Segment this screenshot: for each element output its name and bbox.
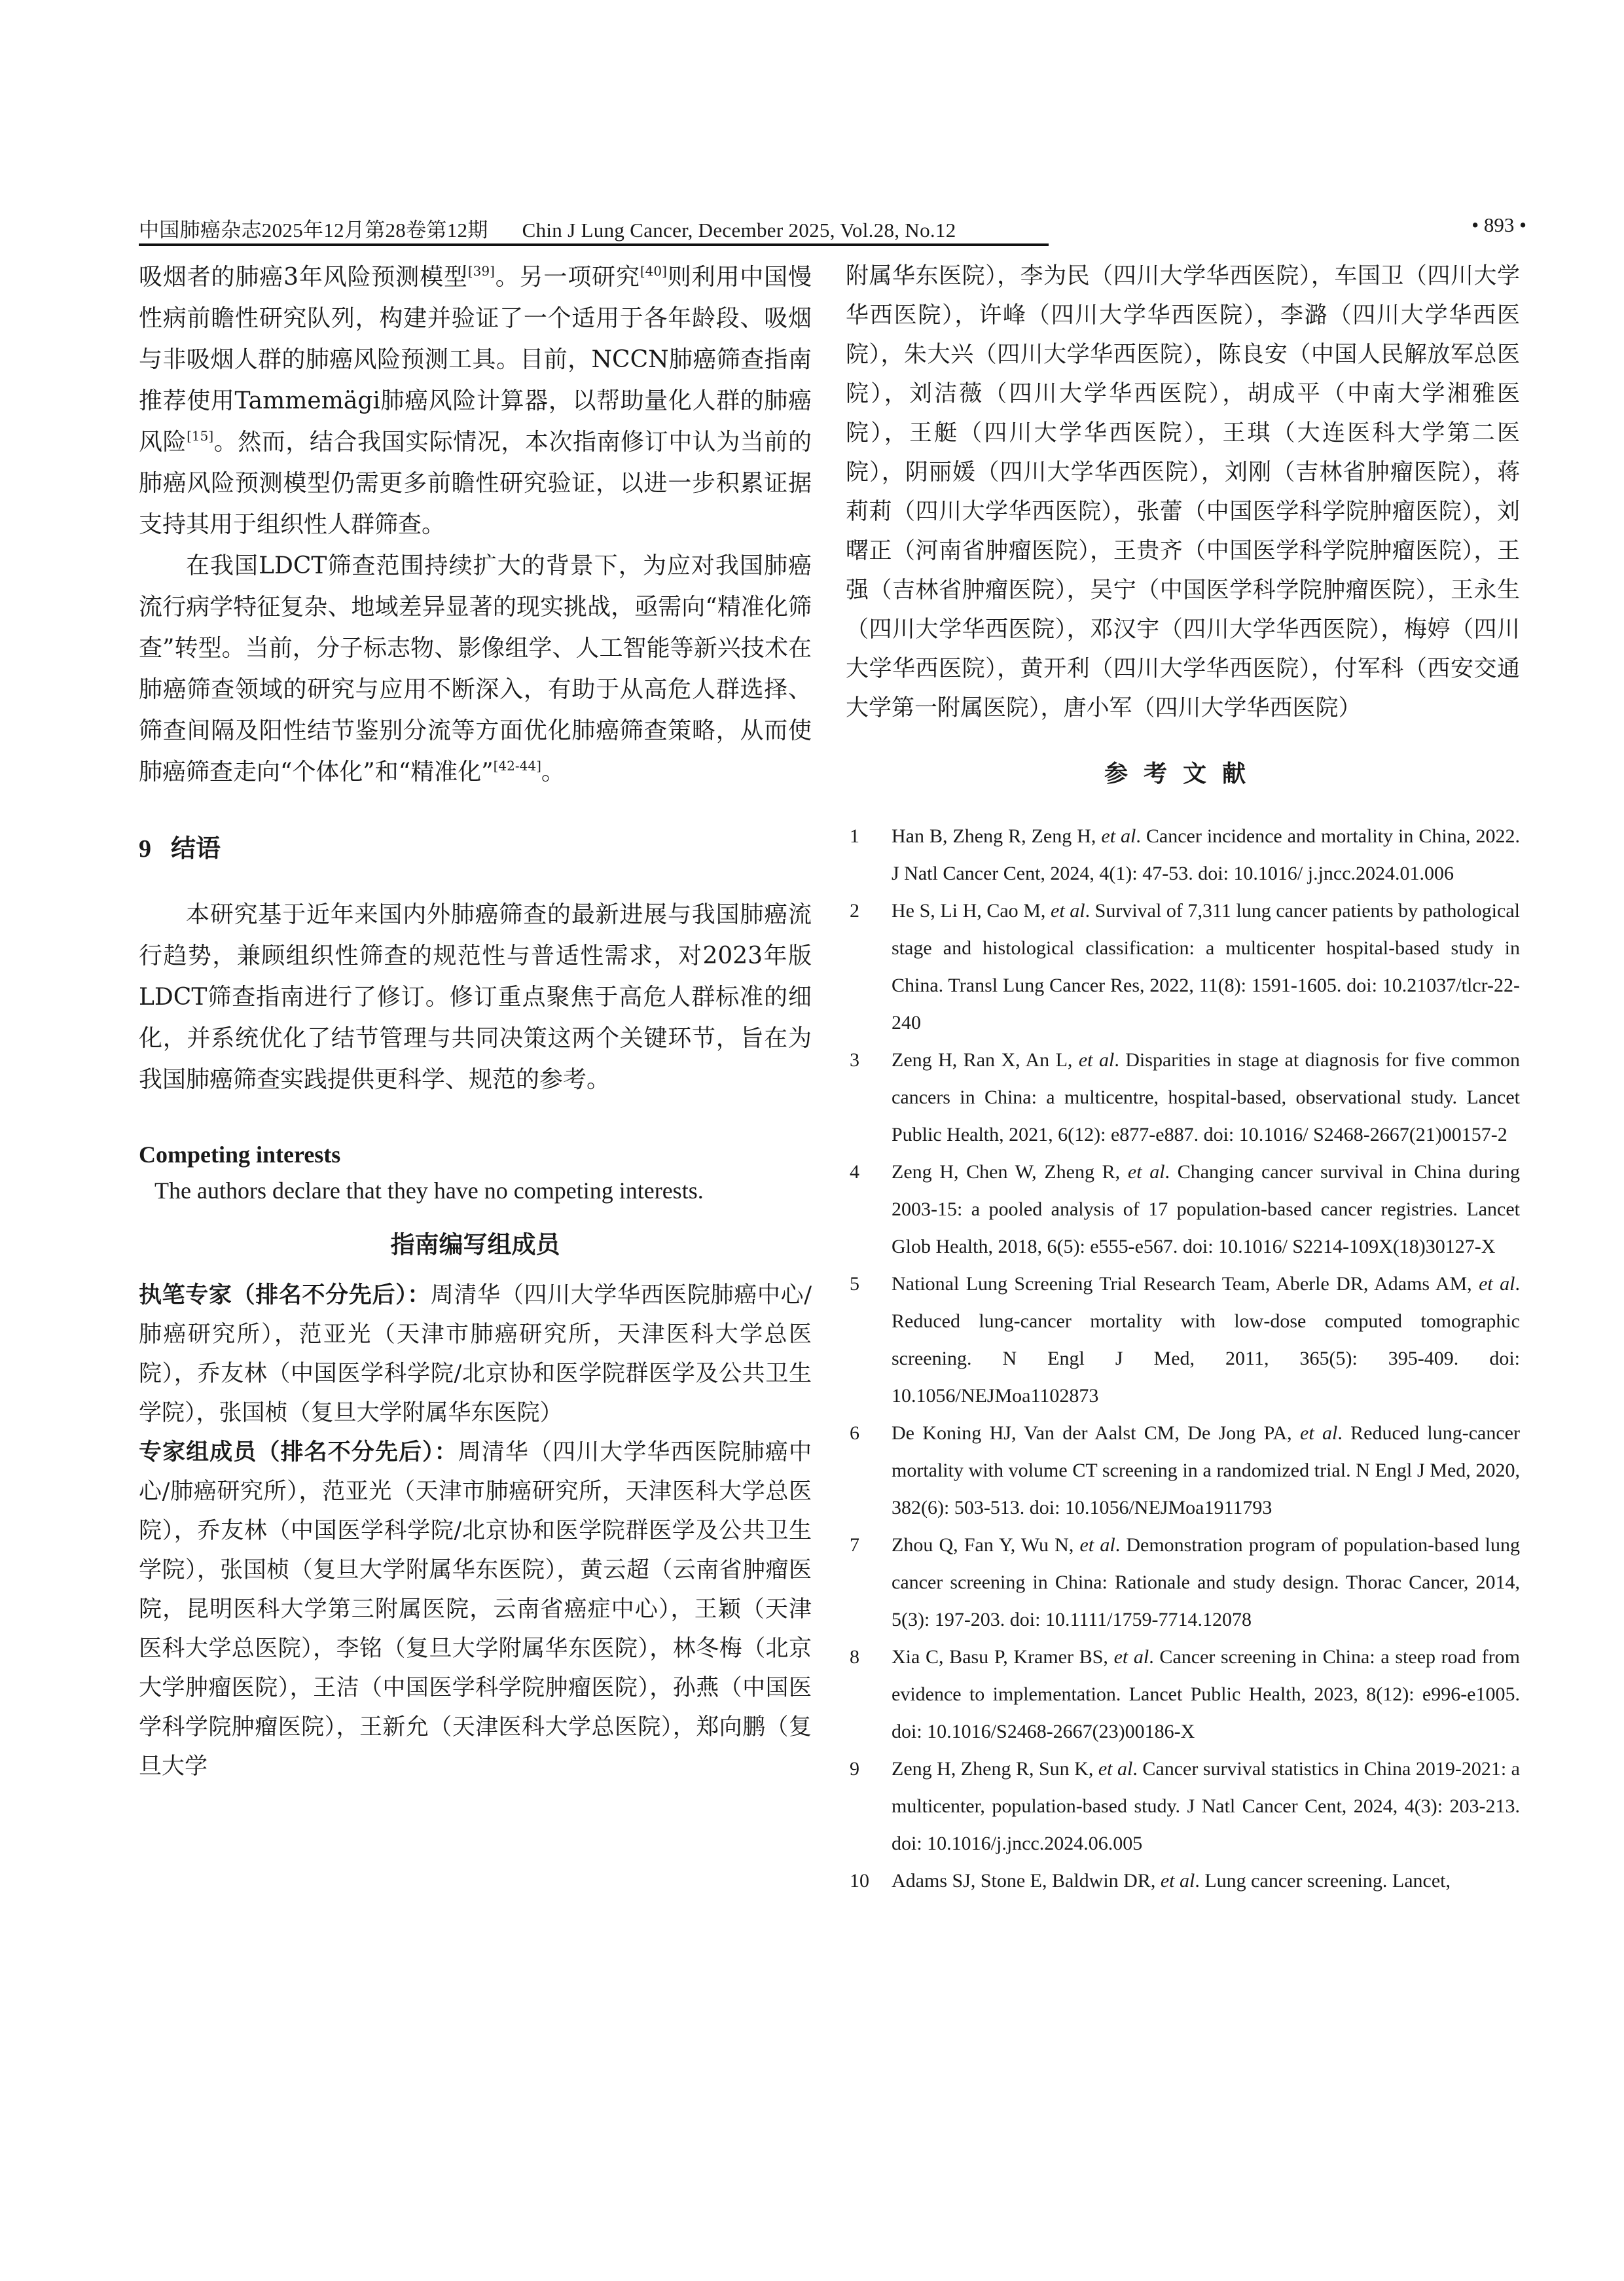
guideline-group-heading: 指南编写组成员: [139, 1225, 812, 1260]
citation[interactable]: [39]: [468, 263, 495, 279]
reference-number: 3: [850, 1041, 859, 1079]
reference-item: 2He S, Li H, Cao M, et al. Survival of 7…: [846, 892, 1520, 1041]
journal-citation: 中国肺癌杂志2025年12月第28卷第12期Chin J Lung Cancer…: [139, 213, 956, 243]
body-paragraph-precision-screening: 在我国LDCT筛查范围持续扩大的背景下，为应对我国肺癌流行病学特征复杂、地域差异…: [139, 545, 812, 793]
reference-item: 10Adams SJ, Stone E, Baldwin DR, et al. …: [846, 1862, 1520, 1899]
reference-number: 7: [850, 1526, 859, 1564]
section-heading-conclusion: 9结语: [139, 828, 812, 864]
right-column: 附属华东医院），李为民（四川大学华西医院），车国卫（四川大学华西医院），许峰（四…: [846, 257, 1520, 1899]
reference-item: 1Han B, Zheng R, Zeng H, et al. Cancer i…: [846, 817, 1520, 892]
header-rule: [139, 243, 1049, 246]
competing-interests-heading: Competing interests: [139, 1141, 812, 1168]
expert-group-list-continued: 附属华东医院），李为民（四川大学华西医院），车国卫（四川大学华西医院），许峰（四…: [846, 257, 1520, 728]
section-number: 9: [139, 835, 151, 863]
reference-item: 6De Koning HJ, Van der Aalst CM, De Jong…: [846, 1414, 1520, 1526]
reference-number: 9: [850, 1750, 859, 1787]
reference-item: 7Zhou Q, Fan Y, Wu N, et al. Demonstrati…: [846, 1526, 1520, 1638]
references-heading: 参考文献: [846, 755, 1520, 789]
reference-list: 1Han B, Zheng R, Zeng H, et al. Cancer i…: [846, 817, 1520, 1899]
journal-name-en: Chin J Lung Cancer, December 2025, Vol.2…: [522, 219, 956, 242]
expert-group-list: 周清华（四川大学华西医院肺癌中心/肺癌研究所），范亚光（天津市肺癌研究所，天津医…: [139, 1439, 812, 1780]
running-head: 中国肺癌杂志2025年12月第28卷第12期Chin J Lung Cancer…: [139, 213, 1526, 246]
page-number: • 893 •: [1471, 213, 1526, 237]
reference-item: 3Zeng H, Ran X, An L, et al. Disparities…: [846, 1041, 1520, 1153]
section-title: 结语: [171, 834, 221, 863]
citation[interactable]: [40]: [640, 263, 667, 279]
reference-number: 10: [850, 1862, 869, 1899]
left-column: 吸烟者的肺癌3年风险预测模型[39]。另一项研究[40]则利用中国慢性病前瞻性研…: [139, 257, 812, 1786]
conclusion-paragraph: 本研究基于近年来国内外肺癌筛查的最新进展与我国肺癌流行趋势，兼顾组织性筛查的规范…: [139, 894, 812, 1100]
journal-name-cn: 中国肺癌杂志2025年12月第28卷第12期: [139, 219, 488, 242]
reference-item: 4Zeng H, Chen W, Zheng R, et al. Changin…: [846, 1153, 1520, 1265]
writing-experts: 执笔专家（排名不分先后）：周清华（四川大学华西医院肺癌中心/肺癌研究所），范亚光…: [139, 1276, 812, 1433]
body-paragraph-risk-models: 吸烟者的肺癌3年风险预测模型[39]。另一项研究[40]则利用中国慢性病前瞻性研…: [139, 257, 812, 545]
reference-item: 5National Lung Screening Trial Research …: [846, 1265, 1520, 1414]
citation[interactable]: [15]: [187, 428, 213, 444]
writing-experts-label: 执笔专家（排名不分先后）：: [139, 1282, 431, 1308]
competing-interests-text: The authors declare that they have no co…: [139, 1171, 812, 1210]
reference-item: 9Zeng H, Zheng R, Sun K, et al. Cancer s…: [846, 1750, 1520, 1862]
citation[interactable]: [42-44]: [494, 758, 541, 774]
reference-item: 8Xia C, Basu P, Kramer BS, et al. Cancer…: [846, 1638, 1520, 1750]
reference-number: 2: [850, 892, 859, 929]
reference-number: 5: [850, 1265, 859, 1302]
expert-group-members: 专家组成员（排名不分先后）：周清华（四川大学华西医院肺癌中心/肺癌研究所），范亚…: [139, 1433, 812, 1786]
reference-number: 1: [850, 817, 859, 855]
reference-number: 8: [850, 1638, 859, 1676]
reference-number: 4: [850, 1153, 859, 1191]
reference-number: 6: [850, 1414, 859, 1452]
expert-group-label: 专家组成员（排名不分先后）：: [139, 1439, 458, 1465]
